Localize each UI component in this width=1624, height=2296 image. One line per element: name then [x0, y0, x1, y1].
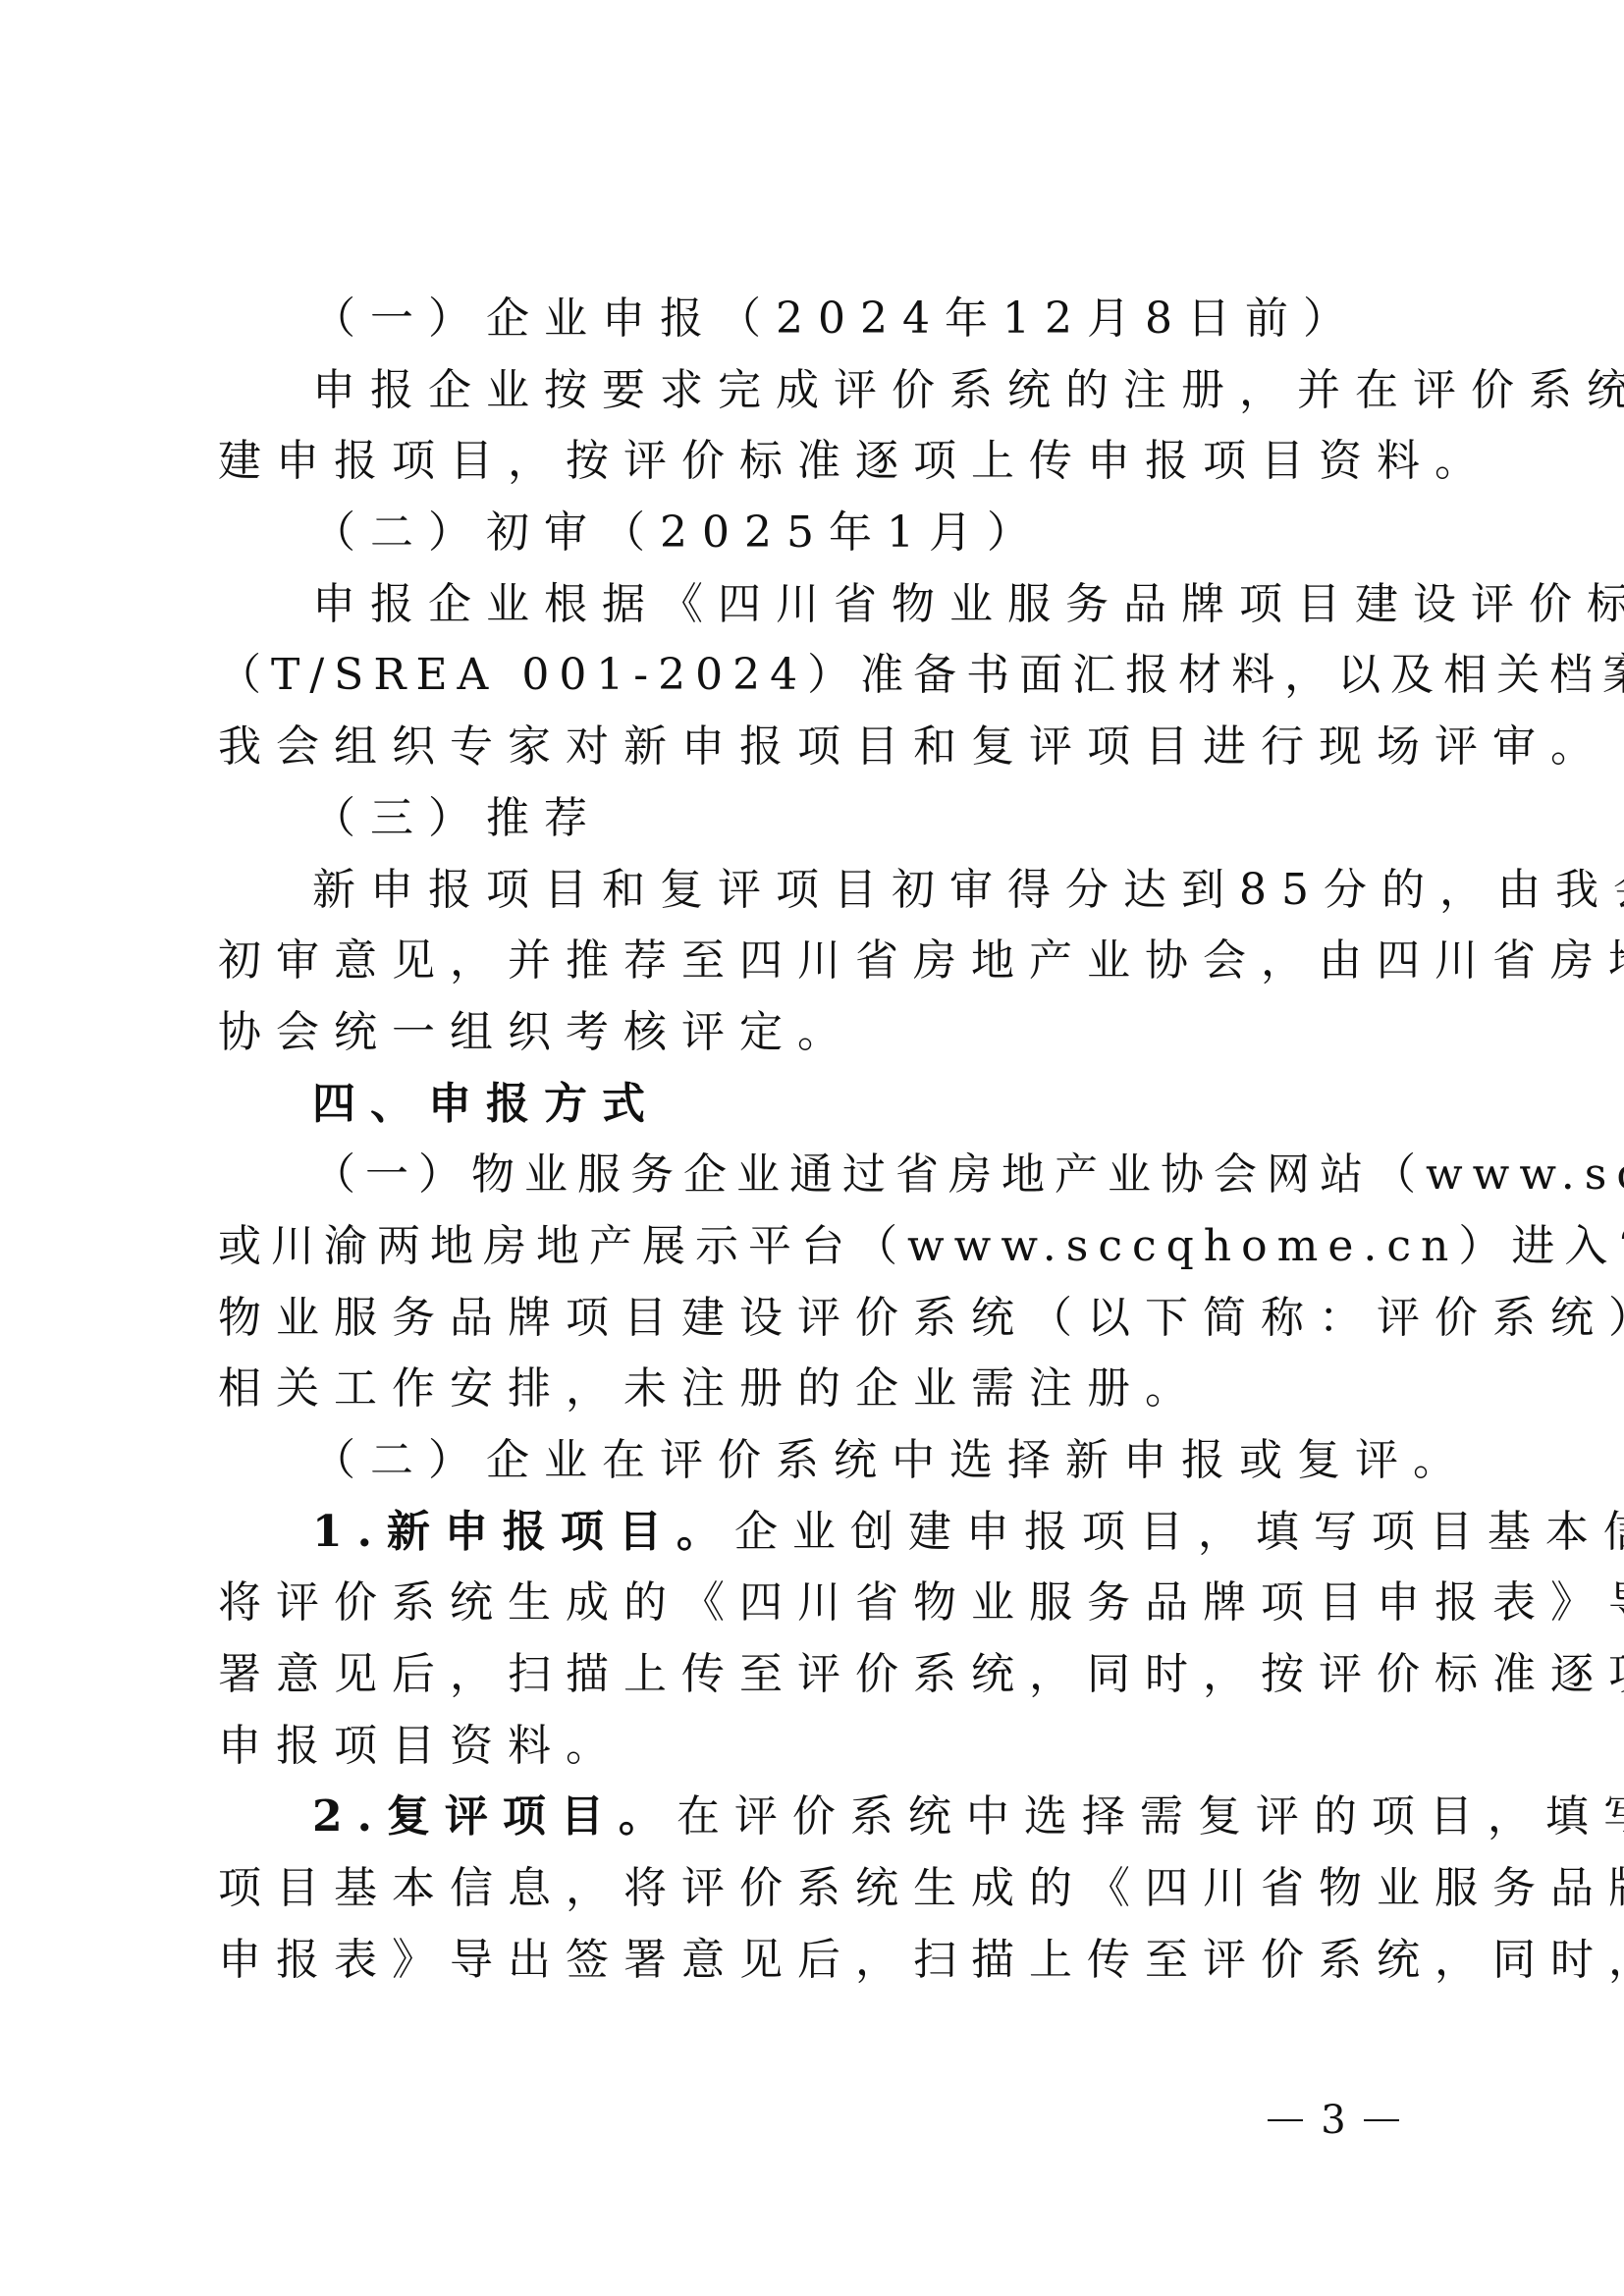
paragraph-line: 新申报项目和复评项目初审得分达到85分的，由我会提出	[218, 855, 1416, 927]
paragraph-line: 物业服务品牌项目建设评价系统（以下简称：评价系统）了解	[218, 1283, 1416, 1355]
paragraph-line: 初审意见，并推荐至四川省房地产业协会，由四川省房地产业	[218, 926, 1416, 997]
paragraph-line: 项目基本信息，将评价系统生成的《四川省物业服务品牌项目	[218, 1853, 1416, 1925]
re-evaluation-lead: 2.复评项目。	[312, 1791, 677, 1842]
paragraph-line: 将评价系统生成的《四川省物业服务品牌项目申报表》导出签	[218, 1568, 1416, 1639]
section-heading-preliminary-review: （二）初审（2025年1月）	[218, 498, 1416, 569]
document-page: （一）企业申报（2024年12月8日前） 申报企业按要求完成评价系统的注册，并在…	[0, 0, 1624, 2296]
paragraph-line: 申报表》导出签署意见后，扫描上传至评价系统，同时，按评	[218, 1925, 1416, 1997]
section-heading-application-method: 四、申报方式	[218, 1069, 1416, 1141]
paragraph-line: 申报项目资料。	[218, 1711, 1416, 1783]
page-number: 3	[1235, 2091, 1432, 2150]
new-application-lead: 1.新申报项目。	[312, 1507, 734, 1557]
dash-left	[1268, 2119, 1303, 2121]
paragraph-line: 申报企业按要求完成评价系统的注册，并在评价系统中创	[218, 355, 1416, 427]
dash-right	[1364, 2119, 1399, 2121]
page-number-value: 3	[1321, 2098, 1345, 2143]
paragraph-line: 协会统一组织考核评定。	[218, 997, 1416, 1069]
paragraph-line: 或川渝两地房地产展示平台（www.sccqhome.cn）进入“四川省	[218, 1211, 1416, 1283]
document-body: （一）企业申报（2024年12月8日前） 申报企业按要求完成评价系统的注册，并在…	[218, 284, 1416, 1997]
paragraph-line: 相关工作安排，未注册的企业需注册。	[218, 1354, 1416, 1425]
paragraph-line: 我会组织专家对新申报项目和复评项目进行现场评审。	[218, 712, 1416, 783]
paragraph-re-evaluation: 2.复评项目。在评价系统中选择需复评的项目，填写完善	[218, 1782, 1416, 1853]
paragraph-line: （T/SREA 001-2024）准备书面汇报材料，以及相关档案资料，	[218, 640, 1416, 712]
paragraph-new-application: 1.新申报项目。企业创建申报项目，填写项目基本信息，	[218, 1497, 1416, 1569]
section-heading-enterprise-application: （一）企业申报（2024年12月8日前）	[218, 284, 1416, 355]
paragraph-text: 企业创建申报项目，填写项目基本信息，	[734, 1507, 1624, 1557]
paragraph-line: （二）企业在评价系统中选择新申报或复评。	[218, 1425, 1416, 1497]
paragraph-line: 申报企业根据《四川省物业服务品牌项目建设评价标准》	[218, 569, 1416, 641]
paragraph-line: 建申报项目，按评价标准逐项上传申报项目资料。	[218, 426, 1416, 498]
paragraph-text: 在评价系统中选择需复评的项目，填写完善	[677, 1791, 1624, 1842]
paragraph-line: 署意见后，扫描上传至评价系统，同时，按评价标准逐项上传	[218, 1639, 1416, 1711]
paragraph-line: （一）物业服务企业通过省房地产业协会网站（www.scfx.cn）	[218, 1140, 1416, 1211]
section-heading-recommendation: （三）推荐	[218, 783, 1416, 855]
